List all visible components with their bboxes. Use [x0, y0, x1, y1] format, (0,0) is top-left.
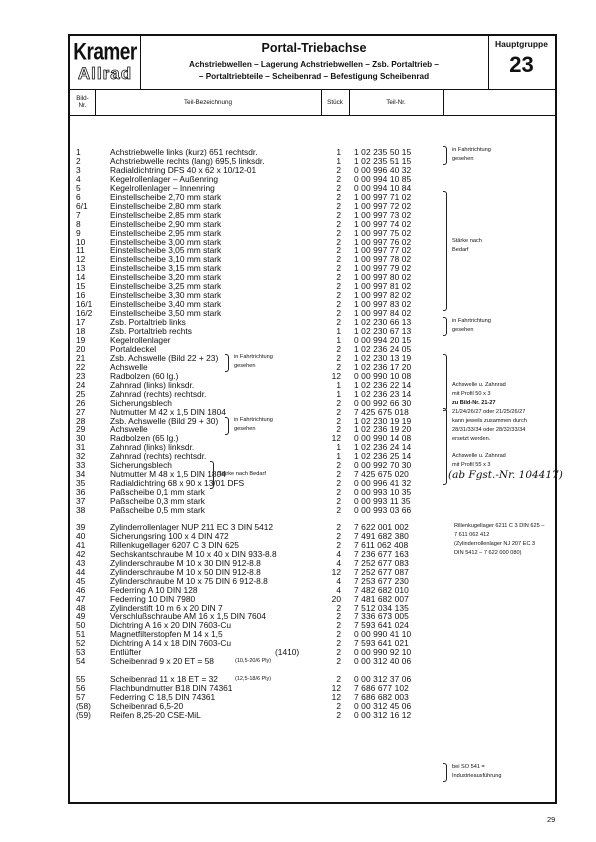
inline-note: in Fahrtrichtunggesehen: [234, 353, 273, 371]
brace: [443, 354, 447, 411]
note-line: kann jeweils zusammen durch: [452, 417, 527, 426]
table-row: 54Scheibenrad 9 x 20 ET = 5820 00 312 40…: [70, 657, 555, 666]
kramer-allrad-logo: Kramer Allrad: [70, 36, 141, 89]
note-line: mit Profil 50 x 3: [452, 390, 527, 399]
part-description: Reifen 8,25-20 CSE-MiL: [110, 711, 201, 720]
quantity: 2: [313, 711, 341, 720]
note-line: (Zylinderrollenlager NJ 207 EC 3: [454, 540, 544, 549]
note-line: gesehen: [234, 362, 273, 371]
parts-list-frame: Kramer Allrad Portal-Triebachse Achstrie…: [68, 34, 557, 804]
part-number: 0 00 312 40 06: [354, 657, 411, 666]
subtitle-line-1: Achstriebwellen – Lagerung Achstriebwell…: [140, 59, 488, 71]
col-bild-nr-label: Bild- Nr.: [76, 95, 89, 109]
table-row: 52Dichtring A 14 x 18 DIN 7603-Cu27 593 …: [70, 639, 555, 648]
note-17-18: in Fahrtrichtunggesehen: [452, 317, 491, 335]
col-bezeichnung: Teil-Bezeichnung: [95, 89, 322, 115]
col-remarks: [443, 89, 555, 115]
inline-note: in Fahrtrichtunggesehen: [234, 416, 273, 434]
table-row: (59)Reifen 8,25-20 CSE-MiL20 00 312 16 1…: [70, 711, 555, 720]
note-line: in Fahrtrichtung: [234, 353, 273, 362]
note-line: Rillenkugellager 6211 C 3 DIN 625 –: [454, 522, 544, 531]
note-line: zu Bild-Nr. 21-27: [452, 399, 527, 408]
quantity: 2: [313, 657, 341, 666]
part-extra: (1410): [275, 648, 299, 657]
note-line: 21/24/26/27 oder 21/25/26/27: [452, 408, 527, 417]
col-bild-nr: Bild- Nr.: [70, 89, 96, 115]
note-39-41: Rillenkugellager 6211 C 3 DIN 625 – 7 61…: [454, 522, 544, 558]
column-headers: Bild- Nr. Teil-Bezeichnung Stück Teil-Nr…: [70, 89, 555, 116]
brace: [225, 354, 229, 372]
note-line: in Fahrtrichtung: [452, 317, 491, 326]
note-1-2: in Fahrtrichtunggesehen: [452, 146, 491, 164]
note-line: Bedarf: [452, 246, 482, 255]
brace: [443, 408, 447, 485]
hauptgruppe-box: Hauptgruppe 23: [488, 36, 555, 89]
brace: [443, 317, 447, 336]
logo-kramer: Kramer: [70, 41, 140, 65]
brace: [443, 191, 447, 311]
note-line: DIN 5412 – 7 622 000 080): [454, 549, 544, 558]
page-title: Portal-Triebachse: [140, 41, 488, 55]
note-line: gesehen: [452, 155, 491, 164]
part-number: 0 00 993 03 66: [354, 506, 411, 515]
note-58-59: bei SO 541 =Industrieausführung: [452, 763, 501, 781]
part-extra: (10,5-20/6 Ply): [235, 657, 271, 666]
quantity: 2: [313, 506, 341, 515]
note-line: 7 611 062 412: [454, 531, 544, 540]
note-line: Achswelle u. Zahnrad: [452, 452, 506, 461]
col-stueck: Stück: [321, 89, 350, 115]
note-line: 28/31/33/34 oder 28/32/33/34: [452, 426, 527, 435]
part-description: Paßscheibe 0,5 mm stark: [110, 506, 205, 515]
note-21-27: Achswelle u. Zahnrad mit Profil 50 x 3 z…: [452, 381, 527, 444]
inline-note-36-38: Stärke nach Bedarf: [218, 470, 266, 479]
subtitle-line-2: – Portaltriebteile – Scheibenrad – Befes…: [140, 71, 488, 83]
note-line: in Fahrtrichtung: [234, 416, 273, 425]
note-line: Achswelle u. Zahnrad: [452, 381, 527, 390]
handwritten-note: (ab Fgst.-Nr. 104417): [448, 469, 563, 481]
page-number: 29: [547, 815, 555, 824]
bild-nr: 38: [76, 506, 100, 515]
note-line: gesehen: [234, 425, 273, 434]
logo-allrad: Allrad: [70, 65, 140, 83]
note-line: ersetzt werden.: [452, 435, 527, 444]
note-28-34: Achswelle u. Zahnradmit Profil 55 x 3: [452, 452, 506, 470]
bild-nr: 54: [76, 657, 100, 666]
title-box: Portal-Triebachse Achstriebwellen – Lage…: [140, 36, 489, 89]
note-line: in Fahrtrichtung: [452, 146, 491, 155]
note-line: gesehen: [452, 326, 491, 335]
hauptgruppe-value: 23: [488, 52, 555, 78]
page-header: Kramer Allrad Portal-Triebachse Achstrie…: [70, 36, 555, 90]
page-subtitle: Achstriebwellen – Lagerung Achstriebwell…: [140, 59, 488, 83]
note-6-16: Stärke nachBedarf: [452, 237, 482, 255]
brace: [443, 146, 447, 165]
bild-nr: (59): [76, 711, 100, 720]
brace: [225, 417, 229, 435]
hauptgruppe-label: Hauptgruppe: [488, 39, 555, 49]
note-line: bei SO 541 =: [452, 763, 501, 772]
note-line: Stärke nach: [452, 237, 482, 246]
part-description: Scheibenrad 9 x 20 ET = 58: [110, 657, 214, 666]
table-row: 38Paßscheibe 0,5 mm stark20 00 993 03 66: [70, 506, 555, 515]
part-extra: (12,5-18/6 Ply): [235, 675, 271, 684]
brace: [443, 763, 447, 782]
col-teil-nr: Teil-Nr.: [349, 89, 444, 115]
part-number: 0 00 312 16 12: [354, 711, 411, 720]
brace: [210, 461, 214, 489]
note-line: Industrieausführung: [452, 772, 501, 781]
